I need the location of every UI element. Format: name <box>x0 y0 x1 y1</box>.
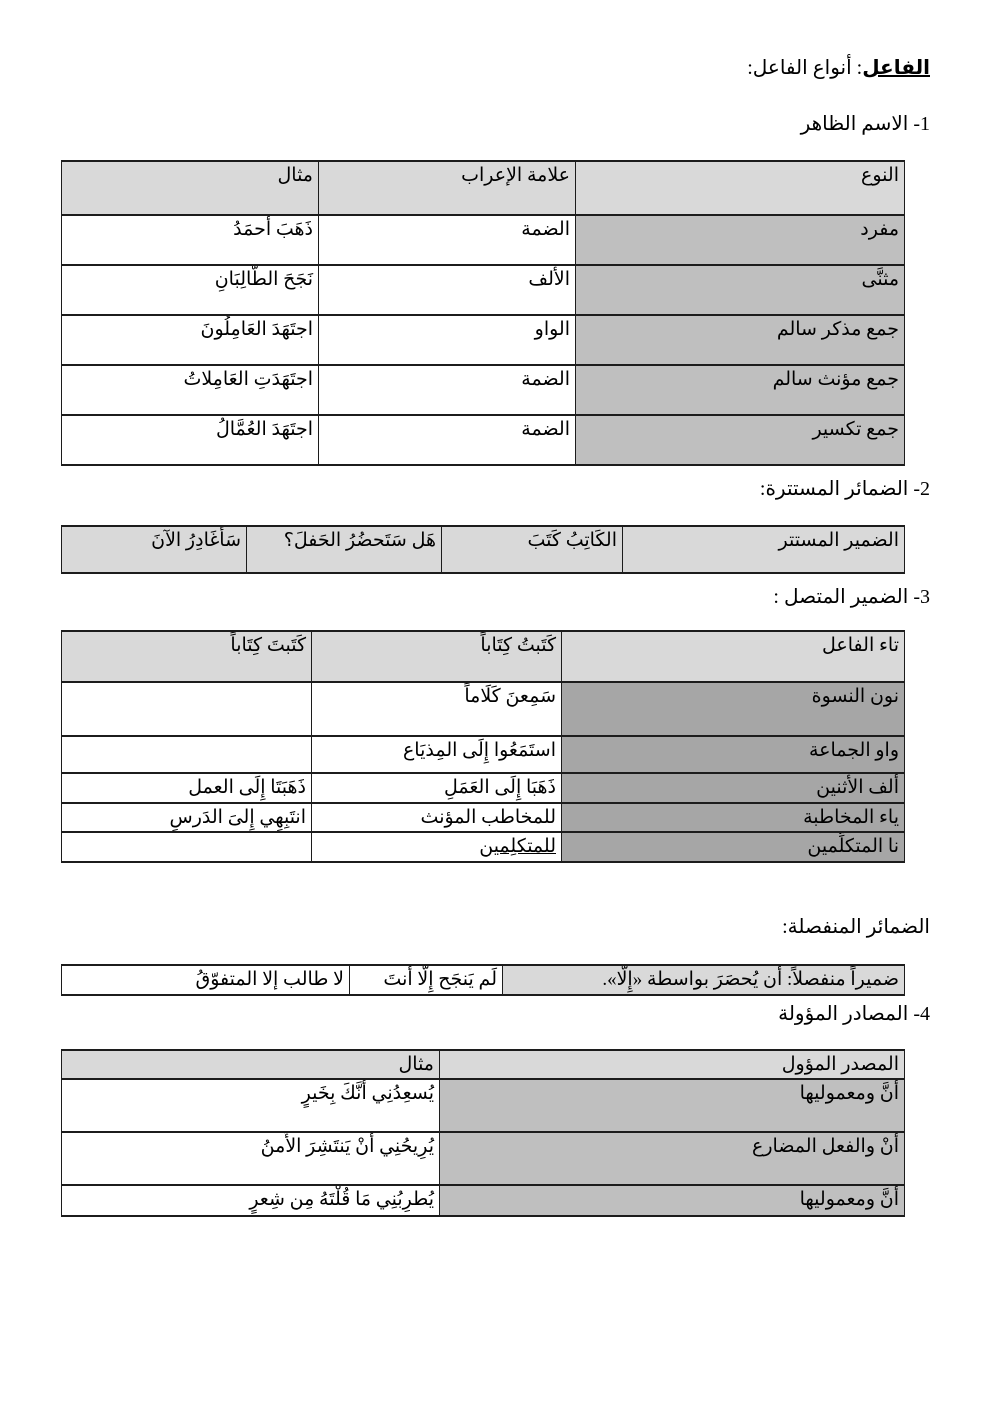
table-cell: انتَبِهِي إِلىَ الدَرسِ <box>62 803 312 833</box>
table-cell: الضمة <box>319 415 576 465</box>
attached-pronoun-table: تاء الفاعل كَتَبتُ كِتَاباً كَتَبتَ كِتَ… <box>61 630 905 863</box>
table-row: الضمير المستتر الكَاتِبُ كَتَبَ هَل سَتَ… <box>62 526 905 573</box>
table-cell: ذَهَبَا إِلَى العَمَلِ <box>312 773 562 803</box>
table-cell <box>62 832 312 862</box>
apparent-noun-table: النوع علامة الإعراب مثال مفرد الضمة ذَهَ… <box>61 160 905 466</box>
table-cell: لَم يَنجَح إِلّا أنتَ <box>350 965 503 995</box>
section-heading-apparent-noun: 1- الاسم الظاهر <box>62 111 930 137</box>
table-cell: الكَاتِبُ كَتَبَ <box>442 526 623 573</box>
table-cell: ألف الأثنين <box>562 773 905 803</box>
table-cell: نا المتكلِّمين <box>562 832 905 862</box>
table-cell: مفرد <box>576 215 905 265</box>
table-cell: ياء المخاطبة <box>562 803 905 833</box>
table-cell: ذَهَبَتَا إِلَى العمل <box>62 773 312 803</box>
table-cell: اجتَهَدَ العَامِلُونَ <box>62 315 319 365</box>
section-heading-hidden-pronouns: 2- الضمائر المستترة: <box>62 476 930 502</box>
table-cell: ضميراً منفصلاً: أن يُحصَرَ بواسطة «إِلّا… <box>503 965 905 995</box>
table-cell <box>62 682 312 736</box>
table-row: تاء الفاعل كَتَبتُ كِتَاباً كَتَبتَ كِتَ… <box>62 631 905 682</box>
table-cell: يُسعِدُنِي أنَّكَ بِخَيرٍ <box>62 1079 440 1132</box>
table-cell: الألف <box>319 265 576 315</box>
table-cell: الضمة <box>319 215 576 265</box>
table-row: جمع مؤنث سالم الضمة اجتَهَدَتِ العَامِلا… <box>62 365 905 415</box>
table-cell: جمع تكسير <box>576 415 905 465</box>
table-row: مفرد الضمة ذَهَبَ أَحمَدُ <box>62 215 905 265</box>
table-row: واو الجماعة استَمَعُوا إِلَى المِذيَاع <box>62 736 905 773</box>
table-cell: يُطرِبُنِي مَا قُلْتَهُ مِن شِعرٍ <box>62 1185 440 1216</box>
page-title-rest: : أنواع الفاعل: <box>747 57 862 79</box>
table-header-row: النوع علامة الإعراب مثال <box>62 161 905 215</box>
table-row: نا المتكلِّمين للمتكلِمين <box>62 832 905 862</box>
table-cell: نون النسوة <box>562 682 905 736</box>
table-header-row: المصدر المؤول مثال <box>62 1050 905 1080</box>
table-cell: سَأُغَادِرُ الآنَ <box>62 526 247 573</box>
table-cell: هَل سَتَحضُرُ الحَفلَ؟ <box>247 526 442 573</box>
table-row: أنْ والفعل المضارع يُرِيحُنِي أنْ يَنتَش… <box>62 1132 905 1185</box>
table-cell: أنَّ ومعموليها <box>440 1079 905 1132</box>
header-cell-example: مثال <box>62 161 319 215</box>
table-cell: كَتَبتُ كِتَاباً <box>312 631 562 682</box>
table-cell: تاء الفاعل <box>562 631 905 682</box>
table-cell: أنَّ ومعموليها <box>440 1185 905 1216</box>
table-row: ألف الأثنين ذَهَبَا إِلَى العَمَلِ ذَهَب… <box>62 773 905 803</box>
table-cell: اجتَهَدَ العُمَّالُ <box>62 415 319 465</box>
header-cell-masdar: المصدر المؤول <box>440 1050 905 1080</box>
table-cell <box>62 736 312 773</box>
table-cell: للمخاطب المؤنث <box>312 803 562 833</box>
hidden-pronoun-table: الضمير المستتر الكَاتِبُ كَتَبَ هَل سَتَ… <box>61 525 905 574</box>
table-cell: نَجَحَ الطَّالِبَانِ <box>62 265 319 315</box>
table-cell: لا طالب إلا المتفوّقُ <box>62 965 350 995</box>
table-cell: جمع مذكر سالم <box>576 315 905 365</box>
header-cell-irab-sign: علامة الإعراب <box>319 161 576 215</box>
table-row: مثنَّى الألف نَجَحَ الطَّالِبَانِ <box>62 265 905 315</box>
section-heading-interpreted-masdar: 4- المصادر المؤولة <box>62 1001 930 1027</box>
table-row: أنَّ ومعموليها يُطرِبُنِي مَا قُلْتَهُ م… <box>62 1185 905 1216</box>
table-cell: الضمة <box>319 365 576 415</box>
table-cell: للمتكلِمين <box>312 832 562 862</box>
table-row: جمع تكسير الضمة اجتَهَدَ العُمَّالُ <box>62 415 905 465</box>
detached-pronoun-table: ضميراً منفصلاً: أن يُحصَرَ بواسطة «إِلّا… <box>61 964 905 996</box>
table-cell: الضمير المستتر <box>623 526 905 573</box>
table-cell: واو الجماعة <box>562 736 905 773</box>
table-row: جمع مذكر سالم الواو اجتَهَدَ العَامِلُون… <box>62 315 905 365</box>
section-heading-attached-pronoun: 3- الضمير المتصل : <box>62 584 930 610</box>
table-cell: سَمِعنَ كَلَاماً <box>312 682 562 736</box>
page-title-keyword: الفاعل <box>862 57 930 79</box>
table-row: ضميراً منفصلاً: أن يُحصَرَ بواسطة «إِلّا… <box>62 965 905 995</box>
table-cell: استَمَعُوا إِلَى المِذيَاع <box>312 736 562 773</box>
interpreted-masdar-table: المصدر المؤول مثال أنَّ ومعموليها يُسعِد… <box>61 1049 905 1218</box>
table-cell: يُرِيحُنِي أنْ يَنتَشِرَ الأَمنُ <box>62 1132 440 1185</box>
header-cell-type: النوع <box>576 161 905 215</box>
table-cell: جمع مؤنث سالم <box>576 365 905 415</box>
page-title: الفاعل: أنواع الفاعل: <box>62 54 930 82</box>
table-cell: كَتَبتَ كِتَاباً <box>62 631 312 682</box>
table-cell: ذَهَبَ أَحمَدُ <box>62 215 319 265</box>
table-row: أنَّ ومعموليها يُسعِدُنِي أنَّكَ بِخَيرٍ <box>62 1079 905 1132</box>
table-cell: أنْ والفعل المضارع <box>440 1132 905 1185</box>
table-cell: مثنَّى <box>576 265 905 315</box>
document-page: الفاعل: أنواع الفاعل: 1- الاسم الظاهر ال… <box>0 0 992 1403</box>
table-cell: اجتَهَدَتِ العَامِلاتُ <box>62 365 319 415</box>
header-cell-example: مثال <box>62 1050 440 1080</box>
table-row: ياء المخاطبة للمخاطب المؤنث انتَبِهِي إِ… <box>62 803 905 833</box>
section-heading-detached-pronouns: الضمائر المنفصلة: <box>62 914 930 940</box>
table-cell: الواو <box>319 315 576 365</box>
table-row: نون النسوة سَمِعنَ كَلَاماً <box>62 682 905 736</box>
